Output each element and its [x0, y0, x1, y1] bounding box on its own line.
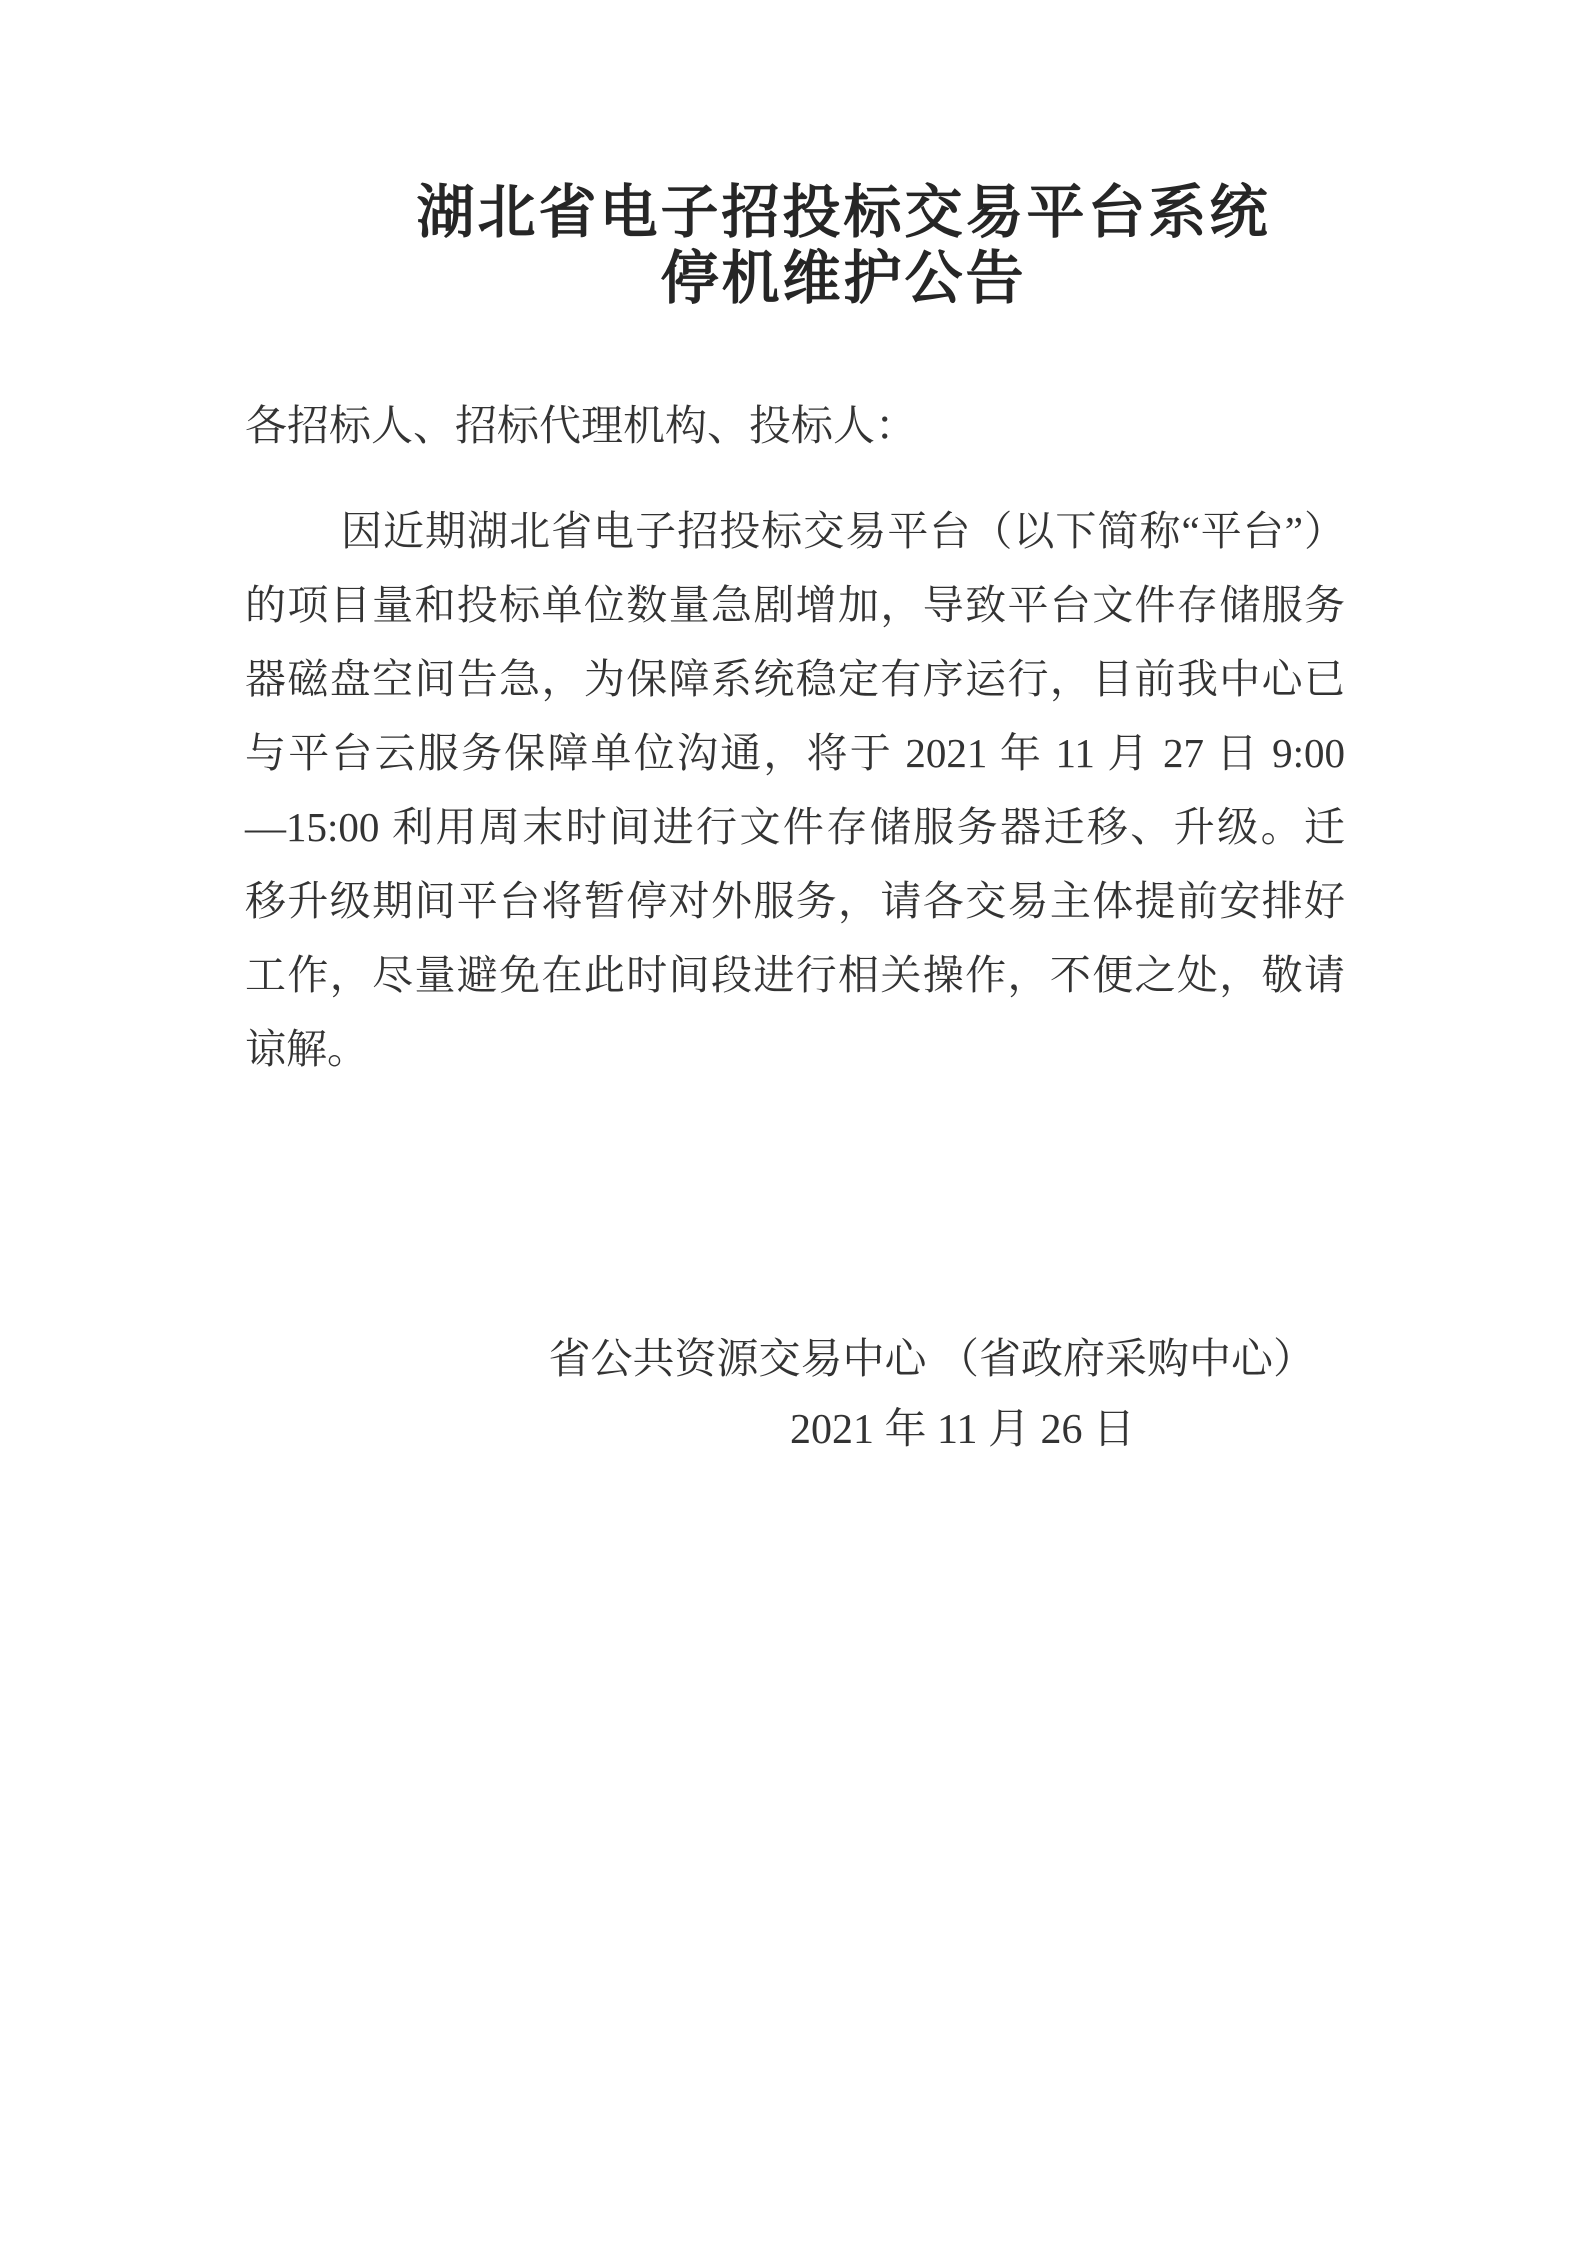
paragraph-line: —15:00 利用周末时间进行文件存储服务器迁移、升级。迁 [245, 790, 1345, 864]
notice-document-page: 湖北省电子招投标交易平台系统 停机维护公告 各招标人、招标代理机构、投标人： 因… [0, 0, 1587, 2245]
paragraph-line: 谅解。 [245, 1012, 1345, 1086]
signature-date: 2021 年 11 月 26 日 [790, 1393, 1135, 1467]
paragraph-line: 移升级期间平台将暂停对外服务，请各交易主体提前安排好 [245, 864, 1345, 938]
document-title-line-2: 停机维护公告 [50, 246, 1587, 312]
paragraph-line: 工作，尽量避免在此时间段进行相关操作，不便之处，敬请 [245, 938, 1345, 1012]
paragraph-line: 的项目量和投标单位数量急剧增加，导致平台文件存储服务 [245, 568, 1345, 642]
document-title: 湖北省电子招投标交易平台系统 停机维护公告 [50, 180, 1587, 312]
paragraph-line: 因近期湖北省电子招投标交易平台（以下简称“平台”） [245, 494, 1345, 568]
signature-organization: 省公共资源交易中心 （省政府采购中心） [548, 1323, 1315, 1397]
notice-body: 因近期湖北省电子招投标交易平台（以下简称“平台”） 的项目量和投标单位数量急剧增… [245, 494, 1345, 1086]
paragraph-line: 器磁盘空间告急，为保障系统稳定有序运行，目前我中心已 [245, 642, 1345, 716]
document-title-line-1: 湖北省电子招投标交易平台系统 [50, 180, 1587, 246]
paragraph-line: 与平台云服务保障单位沟通，将于 2021 年 11 月 27 日 9:00 [245, 716, 1345, 790]
salutation: 各招标人、招标代理机构、投标人： [245, 390, 1345, 464]
